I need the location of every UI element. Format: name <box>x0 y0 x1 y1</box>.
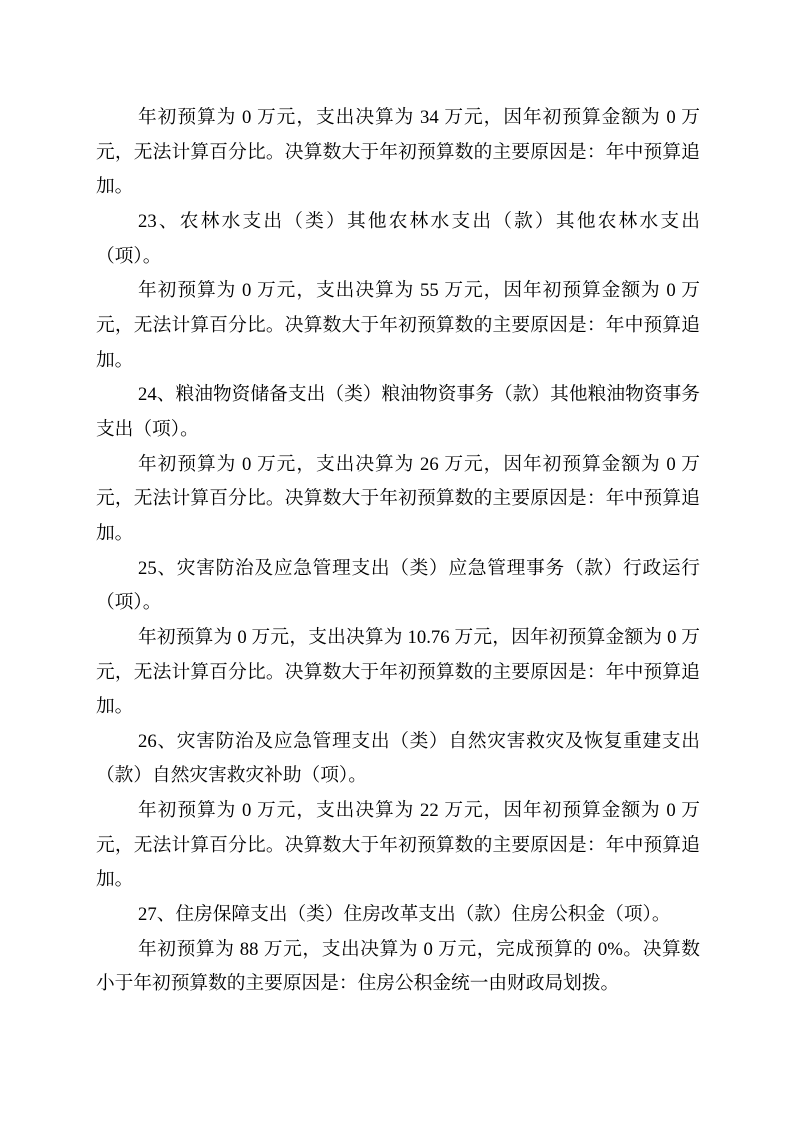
item-25-heading-paragraph: 25、灾害防治及应急管理支出（类）应急管理事务（款）行政运行（项）。 <box>96 552 700 621</box>
item-23-heading-paragraph: 23、农林水支出（类）其他农林水支出（款）其他农林水支出（项）。 <box>96 205 700 274</box>
item-26-detail-paragraph: 年初预算为 0 万元，支出决算为 22 万元，因年初预算金额为 0 万元，无法计… <box>96 794 700 898</box>
item-25-detail-paragraph: 年初预算为 0 万元，支出决算为 10.76 万元，因年初预算金额为 0 万元，… <box>96 621 700 725</box>
document-page: 年初预算为 0 万元，支出决算为 34 万元，因年初预算金额为 0 万元，无法计… <box>0 0 793 1122</box>
item-26-heading-paragraph: 26、灾害防治及应急管理支出（类）自然灾害救灾及恢复重建支出（款）自然灾害救灾补… <box>96 725 700 794</box>
item-24-heading-paragraph: 24、粮油物资储备支出（类）粮油物资事务（款）其他粮油物资事务支出（项）。 <box>96 378 700 447</box>
item-23-detail-paragraph: 年初预算为 0 万元，支出决算为 55 万元，因年初预算金额为 0 万元，无法计… <box>96 274 700 378</box>
item-27-heading-paragraph: 27、住房保障支出（类）住房改革支出（款）住房公积金（项）。 <box>96 898 700 933</box>
item-24-detail-paragraph: 年初预算为 0 万元，支出决算为 26 万元，因年初预算金额为 0 万元，无法计… <box>96 448 700 552</box>
page-text-content: 年初预算为 0 万元，支出决算为 34 万元，因年初预算金额为 0 万元，无法计… <box>96 101 700 1002</box>
item-27-detail-paragraph: 年初预算为 88 万元，支出决算为 0 万元，完成预算的 0%。决算数小于年初预… <box>96 933 700 1002</box>
item-22-detail-continued-paragraph: 年初预算为 0 万元，支出决算为 34 万元，因年初预算金额为 0 万元，无法计… <box>96 101 700 205</box>
